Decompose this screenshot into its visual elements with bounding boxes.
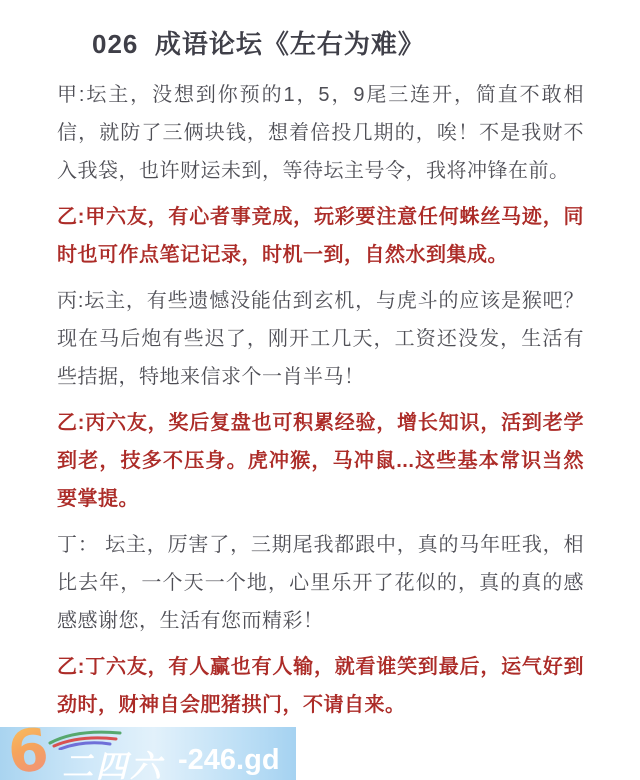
- dialog-paragraph-yi-3: 乙:丁六友，有人赢也有人输，就看谁笑到最后，运气好到劲时，财神自会肥猪拱门，不请…: [57, 648, 584, 724]
- logo-domain-text: -246.gd: [178, 744, 280, 777]
- logo-chinese-text: 二四六: [62, 741, 164, 780]
- article-page: 026 成语论坛《左右为难》 甲:坛主，没想到你预的1，5，9尾三连开，简直不敢…: [0, 0, 640, 780]
- watermark-banner: 6 二四六 -246.gd: [0, 727, 296, 780]
- dialog-paragraph-yi-2: 乙:丙六友，奖后复盘也可积累经验，增长知识，活到老学到老，技多不压身。虎冲猴，马…: [57, 404, 584, 518]
- dialog-paragraph-bing: 丙:坛主，有些遗憾没能估到玄机，与虎斗的应该是猴吧？现在马后炮有些迟了，刚开工几…: [57, 282, 584, 396]
- page-title: 026 成语论坛《左右为难》: [92, 24, 425, 61]
- article-body: 甲:坛主，没想到你预的1，5，9尾三连开，简直不敢相信，就防了三俩块钱，想着倍投…: [57, 76, 584, 732]
- dialog-paragraph-yi-1: 乙:甲六友，有心者事竞成，玩彩要注意任何蛛丝马迹，同时也可作点笔记记录，时机一到…: [57, 198, 584, 274]
- dialog-paragraph-jia: 甲:坛主，没想到你预的1，5，9尾三连开，简直不敢相信，就防了三俩块钱，想着倍投…: [57, 76, 584, 190]
- logo-6-icon: 6: [5, 719, 51, 780]
- dialog-paragraph-ding: 丁： 坛主，厉害了，三期尾我都跟中，真的马年旺我，相比去年，一个天一个地，心里乐…: [57, 526, 584, 640]
